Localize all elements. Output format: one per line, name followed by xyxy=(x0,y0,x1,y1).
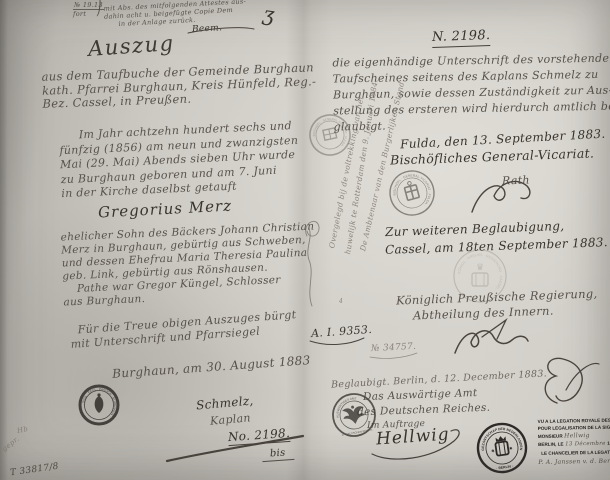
scanned-document-photo: № 19.13 fort ) mit Abs. des mitfolgenden… xyxy=(0,0,610,480)
photo-vignette xyxy=(0,0,610,480)
